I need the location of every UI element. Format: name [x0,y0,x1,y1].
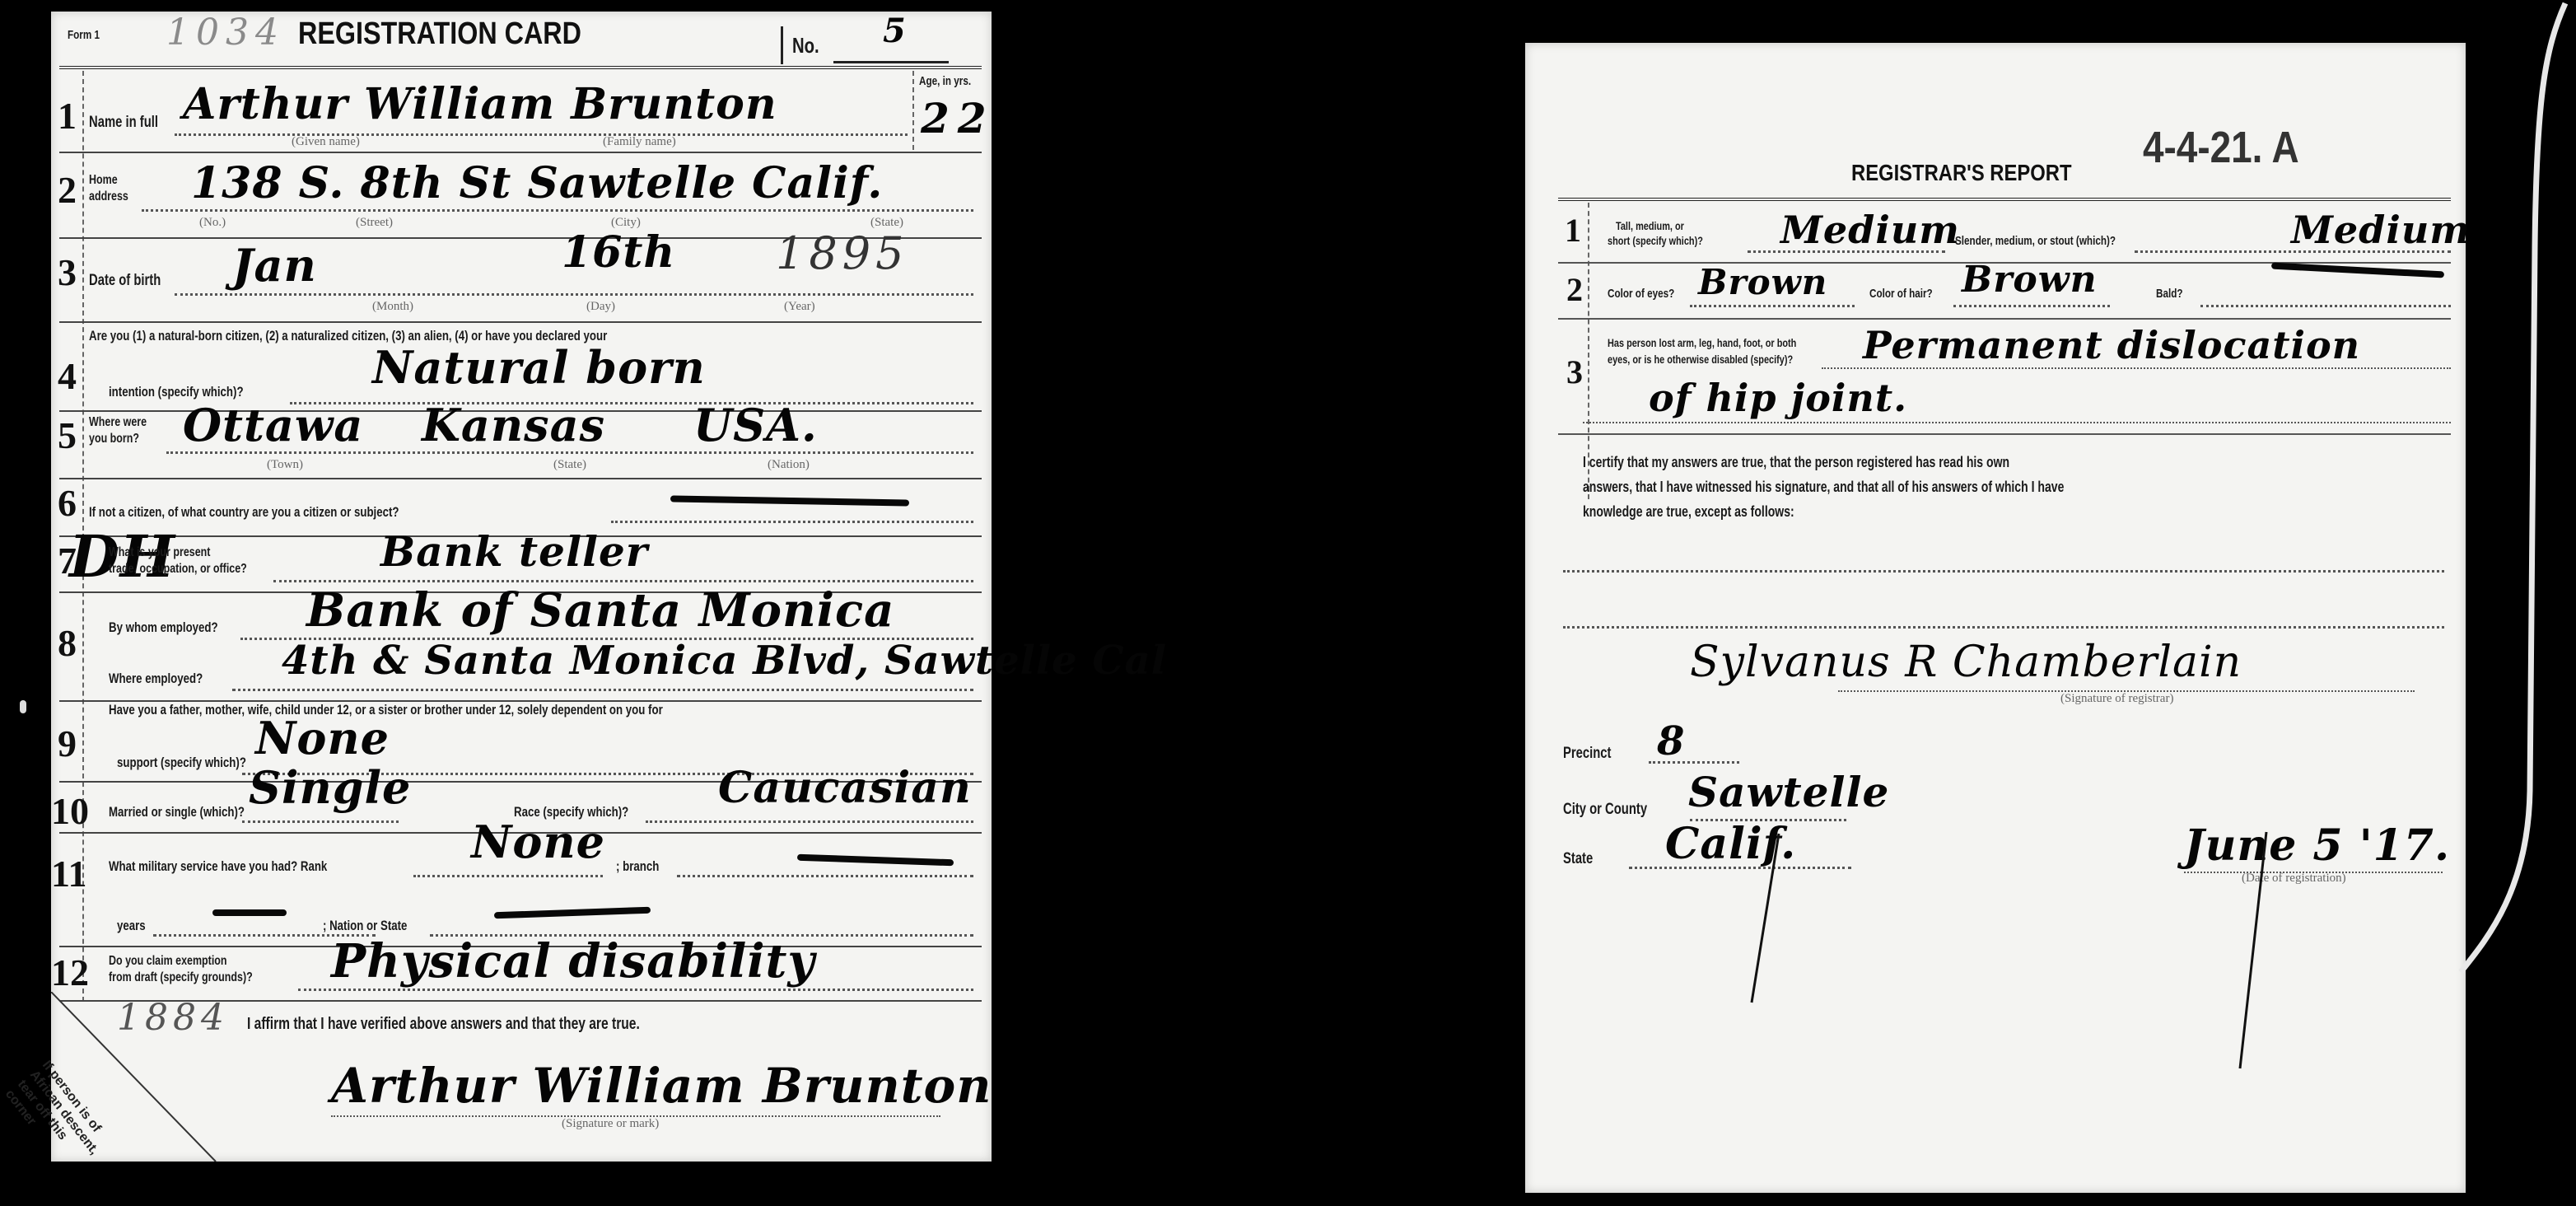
exemption-value: Physical disability [331,934,815,989]
row-number: 8 [58,621,77,665]
month-caption: (Month) [372,300,413,314]
birth-day-value: 16th [562,227,675,278]
town-caption: (Town) [267,458,303,472]
row-number: 2 [58,168,77,212]
row-number: 3 [58,250,77,294]
age-label: Age, in yrs. [919,74,971,88]
serial-number-pencil: 1034 [166,12,285,54]
day-caption: (Day) [586,300,615,314]
birthplace-label: Where were [89,415,147,430]
home-address-label: address [89,189,128,204]
row-number: 5 [58,414,77,457]
card-number: 5 [883,12,907,50]
form-label: Form 1 [68,28,100,42]
scan-edge-streak [2454,0,2576,1206]
foreign-citizenship-label: If not a citizen, of what country are yo… [89,504,399,521]
citizenship-value: Natural born [372,341,706,394]
military-nation-label: ; Nation or State [323,918,407,934]
given-name-caption: (Given name) [292,135,360,149]
row-number: 4 [58,354,77,398]
occupation-label: What is your present [109,545,210,560]
address-no-caption: (No.) [199,216,226,230]
registration-card: Form 1 1034 REGISTRATION CARD No. 5 1 Na… [51,12,992,1162]
foreign-citizenship-dash [670,495,909,506]
name-label: Name in full [89,114,158,132]
affirmation-text: I affirm that I have verified above answ… [247,1015,640,1034]
nation-caption: (Nation) [768,458,810,472]
no-label: No. [792,33,819,58]
scan-speck [20,700,26,713]
registrar-report-card: 4-4-21. A REGISTRAR'S REPORT 1 Tall, med… [1525,43,2466,1193]
military-nation-dash [494,907,651,919]
row-number: 6 [58,481,77,525]
family-name-caption: (Family name) [603,135,676,149]
card-title: REGISTRATION CARD [298,16,581,52]
marital-status-value: Single [249,761,411,814]
birth-nation-value: USA. [693,399,818,451]
home-address-value: 138 S. 8th St Sawtelle Calif. [191,158,883,208]
header-rule [59,66,982,72]
birth-year-value: 1895 [776,227,908,279]
row-number: 1 [58,94,77,138]
exemption-label: from draft (specify grounds)? [109,970,253,985]
dependents-value: None [255,712,390,764]
military-branch-dash [797,854,954,867]
row-number: 11 [51,852,86,895]
marital-status-label: Married or single (which)? [109,804,245,820]
occupation-value: Bank teller [380,527,648,576]
home-address-label: Home [89,173,118,188]
military-branch-label: ; branch [616,858,659,875]
address-street-caption: (Street) [356,216,393,230]
age-value: 22 [921,94,995,143]
birth-town-value: Ottawa [183,399,363,451]
citizenship-label: intention (specify which)? [109,384,244,400]
military-rank-label: What military service have you had? Rank [109,858,327,875]
name-value: Arthur William Brunton [183,79,777,129]
pen-strokes [1525,43,2466,1193]
birth-state-value: Kansas [422,399,605,451]
employer-value: Bank of Santa Monica [306,583,894,638]
military-years-dash [212,909,287,916]
row-number: 10 [51,789,89,833]
employer-location-label: Where employed? [109,671,203,687]
date-of-birth-label: Date of birth [89,272,161,290]
employer-location-value: 4th & Santa Monica Blvd, Sawtelle Cal [282,638,1167,684]
military-rank-value: None [471,816,605,868]
employer-label: By whom employed? [109,619,218,636]
race-value: Caucasian [718,763,972,813]
military-years-label: years [117,918,146,934]
row-number: 12 [51,951,89,994]
birth-month-value: Jan [232,239,317,292]
state-caption: (State) [553,458,586,472]
occupation-label: trade, occupation, or office? [109,562,247,577]
exemption-label: Do you claim exemption [109,954,227,969]
dependents-label: support (specify which)? [117,755,246,771]
row-number: 9 [58,722,77,765]
year-caption: (Year) [784,300,815,314]
registrant-signature: Arthur William Brunton [331,1058,992,1114]
signature-caption: (Signature or mark) [562,1117,659,1131]
birthplace-label: you born? [89,432,139,446]
